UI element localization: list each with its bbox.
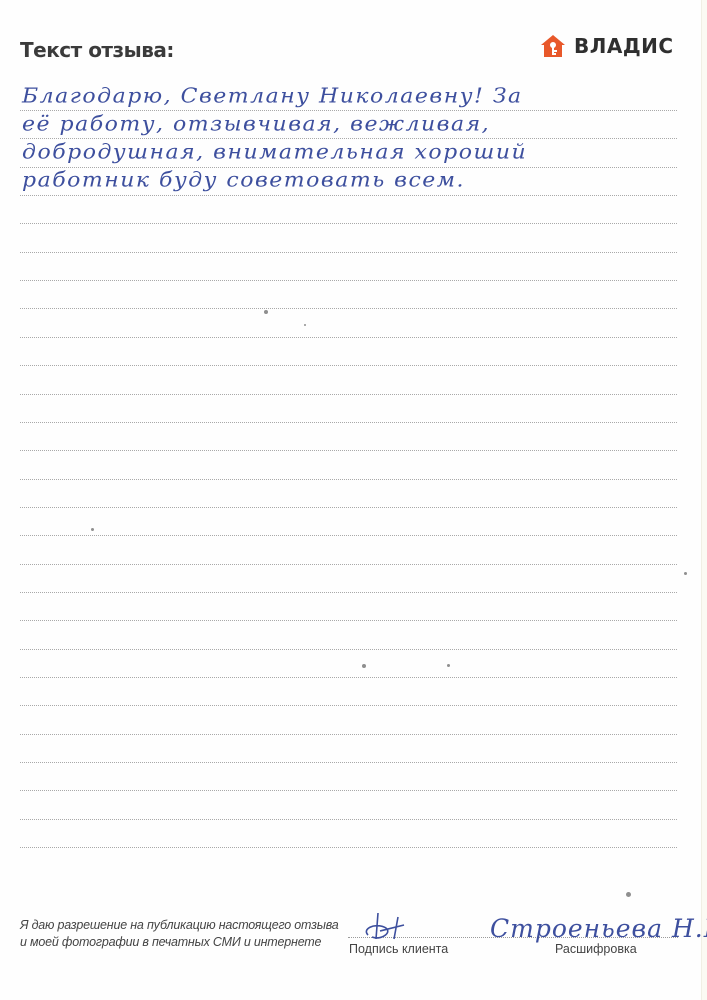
- review-line: её работу, отзывчивая, вежливая,: [22, 113, 490, 137]
- signature-name: Строеньева Н.Н.: [490, 914, 707, 943]
- ruled-line: [20, 507, 677, 508]
- consent-line: Я даю разрешение на публикацию настоящег…: [20, 917, 339, 934]
- ruled-line: [20, 365, 677, 366]
- ruled-line: [20, 620, 677, 621]
- paper-speck: [362, 664, 366, 668]
- paper-speck: [684, 572, 687, 575]
- ruled-line: [20, 564, 677, 565]
- ruled-line: [20, 450, 677, 451]
- signature-mark: [360, 905, 410, 945]
- ruled-line: [20, 394, 677, 395]
- ruled-line: [20, 479, 677, 480]
- review-line: Благодарю, Светлану Николаевну! За: [22, 85, 523, 109]
- ruled-line: [20, 762, 677, 763]
- ruled-line: [20, 195, 677, 196]
- ruled-line: [20, 223, 677, 224]
- ruled-line: [20, 705, 677, 706]
- paper-speck: [264, 310, 268, 314]
- paper-speck: [447, 664, 450, 667]
- ruled-line: [20, 819, 677, 820]
- publication-consent: Я даю разрешение на публикацию настоящег…: [20, 917, 339, 951]
- paper-edge: [701, 0, 707, 1000]
- ruled-line: [20, 337, 677, 338]
- paper-speck: [304, 324, 306, 326]
- ruled-line: [20, 677, 677, 678]
- review-line: работник буду советовать всем.: [22, 169, 465, 193]
- review-line: добродушная, внимательная хороший: [22, 141, 527, 165]
- ruled-line: [20, 110, 677, 111]
- ruled-line: [20, 252, 677, 253]
- decode-label: Расшифровка: [555, 942, 637, 956]
- paper-speck: [626, 892, 631, 897]
- ruled-line: [20, 167, 677, 168]
- ruled-line: [20, 308, 677, 309]
- ruled-line: [20, 592, 677, 593]
- consent-line: и моей фотографии в печатных СМИ и интер…: [20, 934, 339, 951]
- signature-label: Подпись клиента: [349, 942, 448, 956]
- ruled-line: [20, 790, 677, 791]
- ruled-line: [20, 280, 677, 281]
- ruled-line: [20, 138, 677, 139]
- ruled-line: [20, 422, 677, 423]
- ruled-line: [20, 847, 677, 848]
- paper-speck: [91, 528, 94, 531]
- ruled-line: [20, 649, 677, 650]
- ruled-line: [20, 535, 677, 536]
- ruled-line: [20, 734, 677, 735]
